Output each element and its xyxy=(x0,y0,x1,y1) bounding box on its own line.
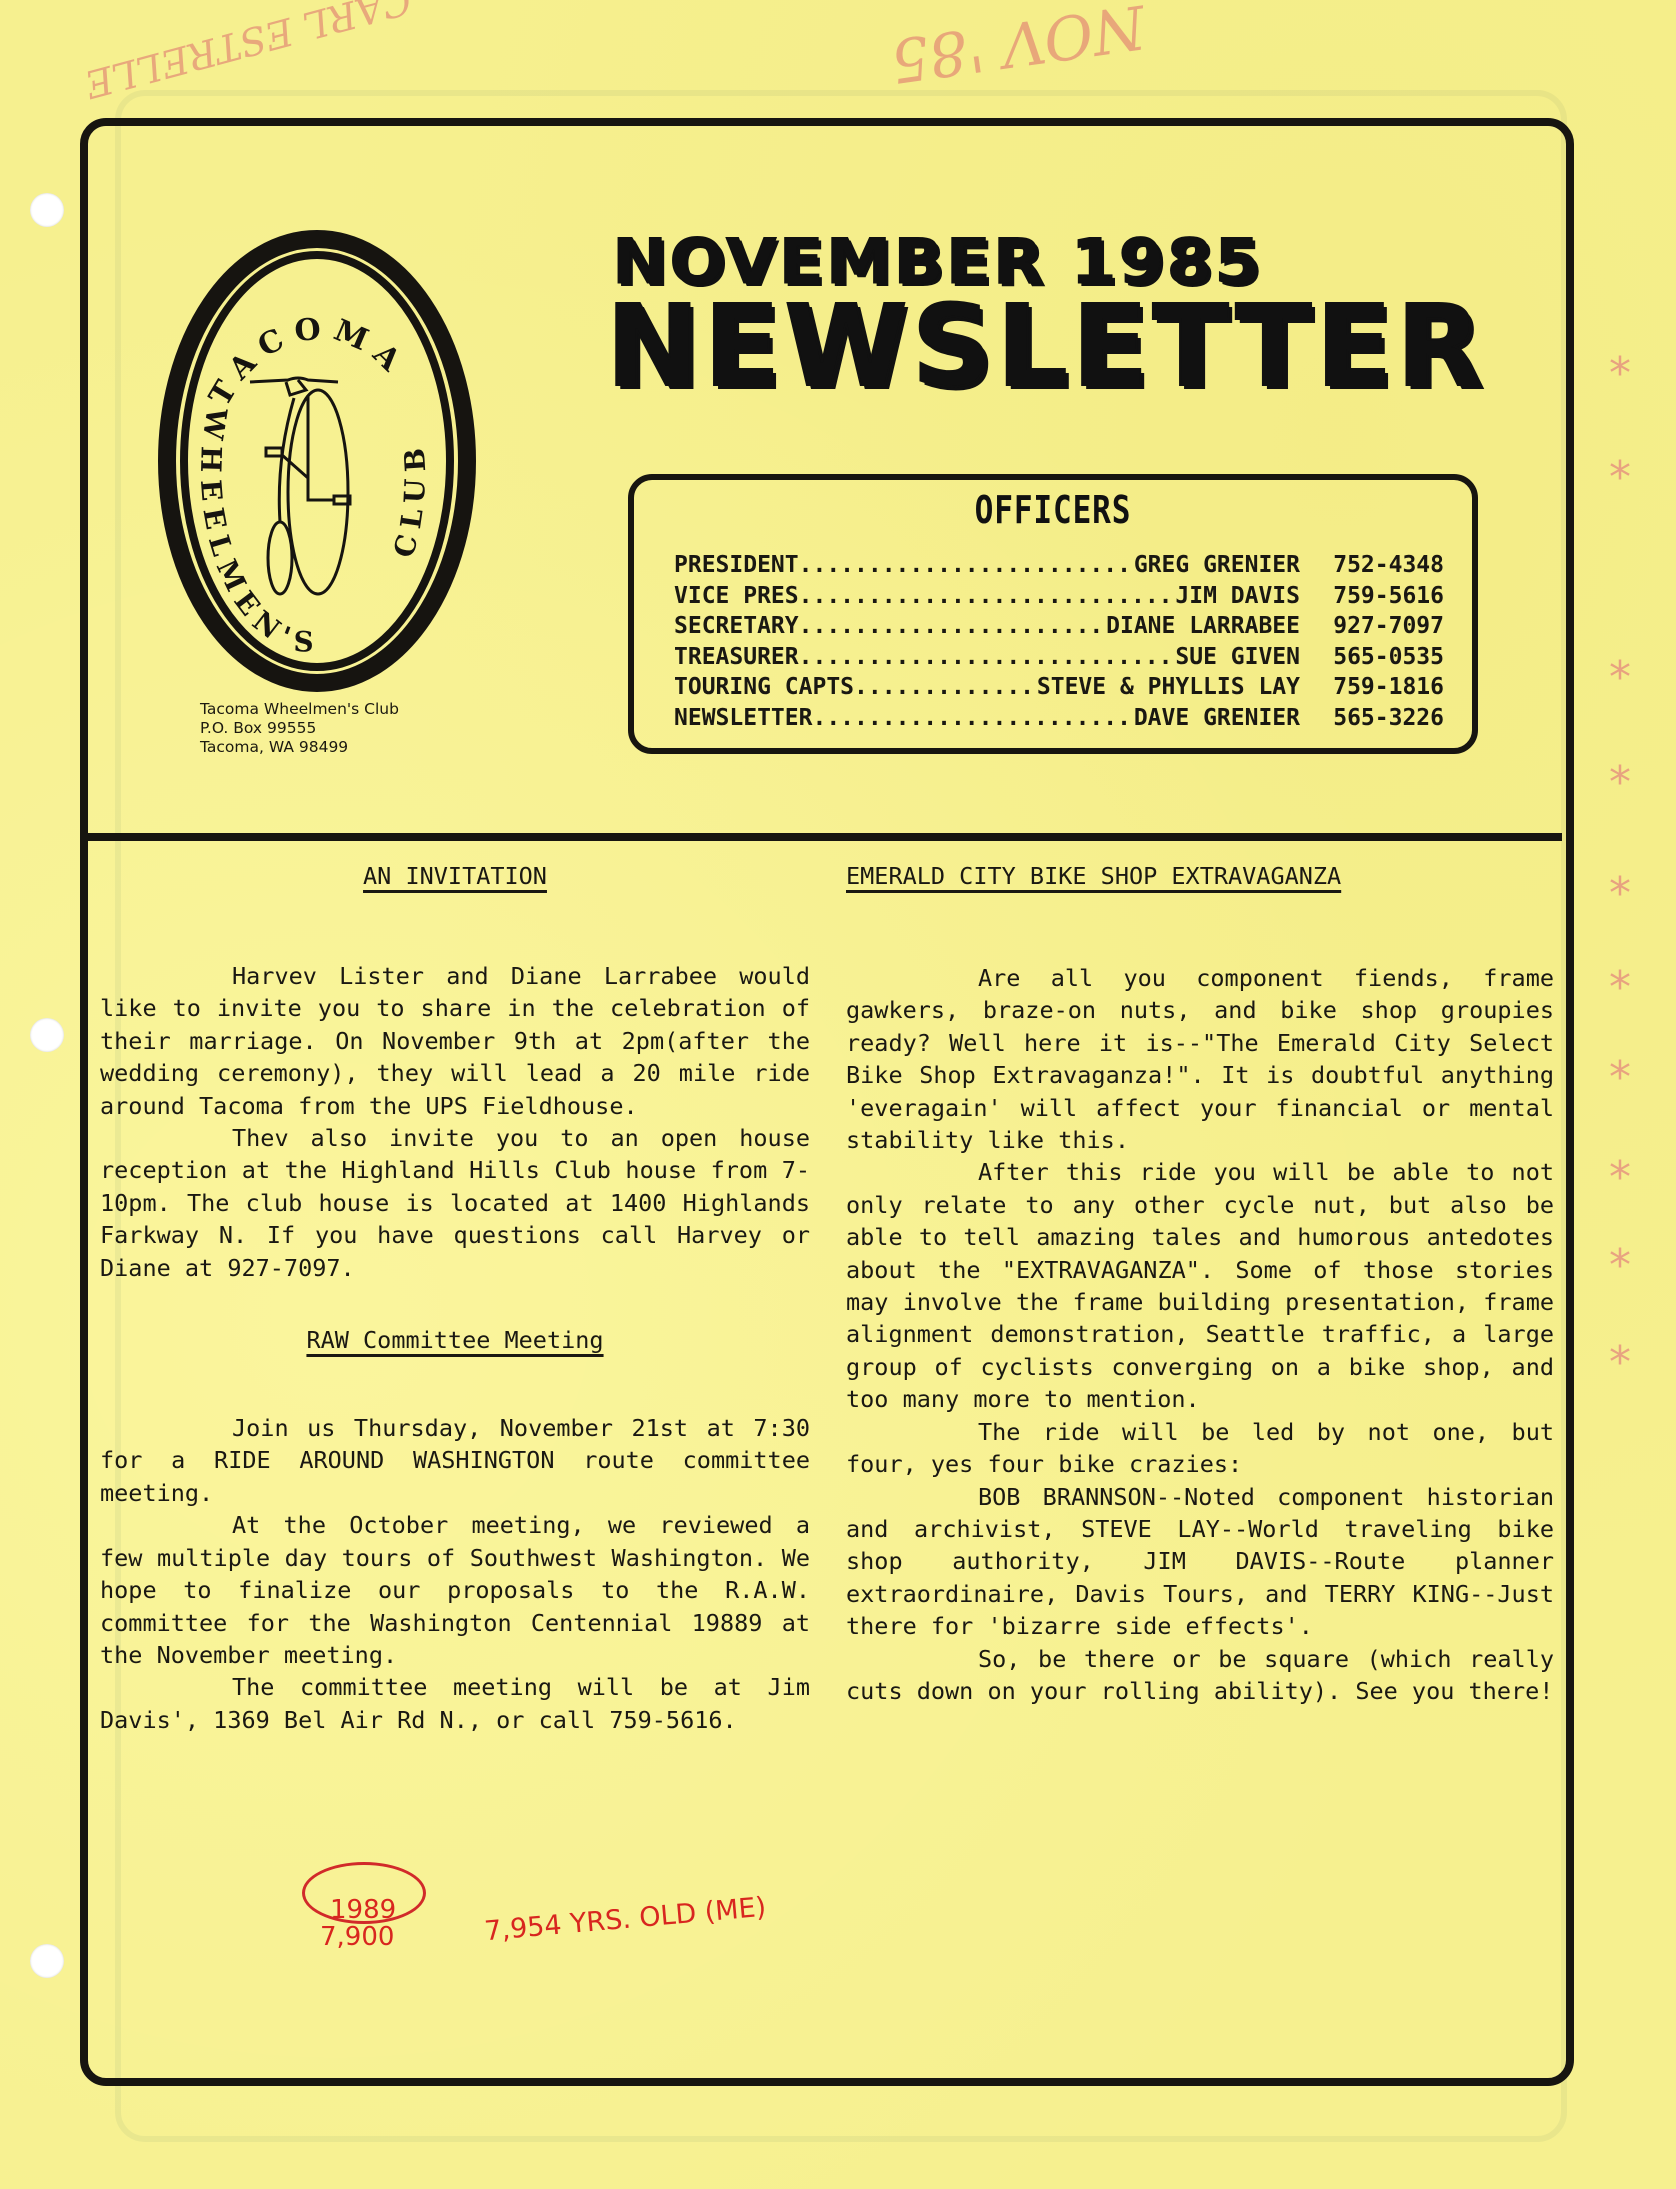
officer-row: VICE PRES.JIM DAVIS759-5616 xyxy=(674,583,1444,614)
extravaganza-paragraph: After this ride you will be able to not … xyxy=(846,1156,1554,1415)
invitation-paragraph: Harvev Lister and Diane Larrabee would l… xyxy=(100,960,810,1122)
officer-name: DAVE GRENIER xyxy=(1134,705,1300,731)
address-club-name: Tacoma Wheelmen's Club xyxy=(200,700,399,719)
officer-name: GREG GRENIER xyxy=(1134,552,1300,578)
dot-leader xyxy=(812,705,1133,731)
club-logo: TACOMA WHEELMEN'S CLUB xyxy=(158,230,476,692)
punch-hole xyxy=(30,193,64,227)
officer-phone: 752-4348 xyxy=(1326,552,1444,578)
handwritten-asterisk: * xyxy=(1602,876,1638,912)
left-column: AN INVITATION Harvev Lister and Diane La… xyxy=(100,860,810,1736)
newsletter-title: NEWSLETTER xyxy=(606,292,1476,402)
officer-phone: 927-7097 xyxy=(1326,613,1444,639)
officer-name: STEVE & PHYLLIS LAY xyxy=(1037,674,1300,700)
dot-leader xyxy=(799,552,1134,578)
extravaganza-paragraph: Are all you component fiends, frame gawk… xyxy=(846,962,1554,1156)
dot-leader xyxy=(812,583,1175,609)
handwritten-asterisk: * xyxy=(1602,460,1638,496)
handwritten-asterisk: * xyxy=(1602,356,1638,392)
handwritten-asterisk: * xyxy=(1602,1248,1638,1284)
extravaganza-heading: EMERALD CITY BIKE SHOP EXTRAVAGANZA xyxy=(846,860,1554,892)
officers-box: OFFICERS PRESIDENTGREG GRENIER752-4348VI… xyxy=(628,474,1478,754)
punch-hole xyxy=(30,1944,64,1978)
handwritten-correction: 7,900 xyxy=(320,1922,394,1952)
handwritten-correction: 1989 xyxy=(330,1895,396,1925)
raw-meeting-paragraph: The committee meeting will be at Jim Dav… xyxy=(100,1671,810,1736)
raw-meeting-paragraph: At the October meeting, we reviewed a fe… xyxy=(100,1509,810,1671)
extravaganza-paragraph: BOB BRANNSON--Noted component historian … xyxy=(846,1481,1554,1643)
officer-row: TREASURERSUE GIVEN565-0535 xyxy=(674,644,1444,675)
officer-role: SECRETARY xyxy=(674,613,799,639)
officer-row: PRESIDENTGREG GRENIER752-4348 xyxy=(674,552,1444,583)
club-address: Tacoma Wheelmen's Club P.O. Box 99555 Ta… xyxy=(200,700,399,757)
officers-list: PRESIDENTGREG GRENIER752-4348VICE PRES.J… xyxy=(674,552,1444,735)
extravaganza-paragraph: So, be there or be square (which really … xyxy=(846,1643,1554,1708)
officer-role: NEWSLETTER xyxy=(674,705,812,731)
officer-phone: 759-1816 xyxy=(1326,674,1444,700)
address-city: Tacoma, WA 98499 xyxy=(200,738,399,757)
section-divider xyxy=(86,833,1562,841)
officer-name: JIM DAVIS xyxy=(1175,583,1300,609)
officer-row: TOURING CAPTSSTEVE & PHYLLIS LAY759-1816 xyxy=(674,674,1444,705)
extravaganza-paragraph: The ride will be led by not one, but fou… xyxy=(846,1416,1554,1481)
officer-name: SUE GIVEN xyxy=(1175,644,1300,670)
officer-role: TREASURER xyxy=(674,644,799,670)
handwritten-asterisk: * xyxy=(1602,765,1638,801)
officer-phone: 759-5616 xyxy=(1326,583,1444,609)
invitation-paragraph: Thev also invite you to an open house re… xyxy=(100,1122,810,1284)
handwritten-asterisk: * xyxy=(1602,1160,1638,1196)
handwritten-asterisk: * xyxy=(1602,970,1638,1006)
raw-meeting-heading: RAW Committee Meeting xyxy=(100,1324,810,1356)
right-column: EMERALD CITY BIKE SHOP EXTRAVAGANZA Are … xyxy=(846,860,1554,1707)
logo-right-text: CLUB xyxy=(387,439,432,561)
handwritten-asterisk: * xyxy=(1602,1345,1638,1381)
officer-row: SECRETARYDIANE LARRABEE927-7097 xyxy=(674,613,1444,644)
raw-meeting-paragraph: Join us Thursday, November 21st at 7:30 … xyxy=(100,1412,810,1509)
dot-leader xyxy=(799,644,1176,670)
officer-role: PRESIDENT xyxy=(674,552,799,578)
officer-row: NEWSLETTERDAVE GRENIER565-3226 xyxy=(674,705,1444,736)
dot-leader xyxy=(854,674,1037,700)
punch-hole xyxy=(30,1018,64,1052)
officer-role: TOURING CAPTS xyxy=(674,674,854,700)
dot-leader xyxy=(799,613,1107,639)
officer-role: VICE PRES. xyxy=(674,583,812,609)
officer-phone: 565-0535 xyxy=(1326,644,1444,670)
svg-text:CLUB: CLUB xyxy=(387,439,432,561)
handwritten-asterisk: * xyxy=(1602,1060,1638,1096)
handwritten-asterisk: * xyxy=(1602,660,1638,696)
officers-heading: OFFICERS xyxy=(709,488,1396,532)
officer-phone: 565-3226 xyxy=(1326,705,1444,731)
invitation-heading: AN INVITATION xyxy=(100,860,810,892)
handwritten-date: NOV '85 xyxy=(886,0,1149,95)
officer-name: DIANE LARRABEE xyxy=(1106,613,1300,639)
penny-farthing-bicycle-icon xyxy=(250,378,350,594)
address-po-box: P.O. Box 99555 xyxy=(200,719,399,738)
